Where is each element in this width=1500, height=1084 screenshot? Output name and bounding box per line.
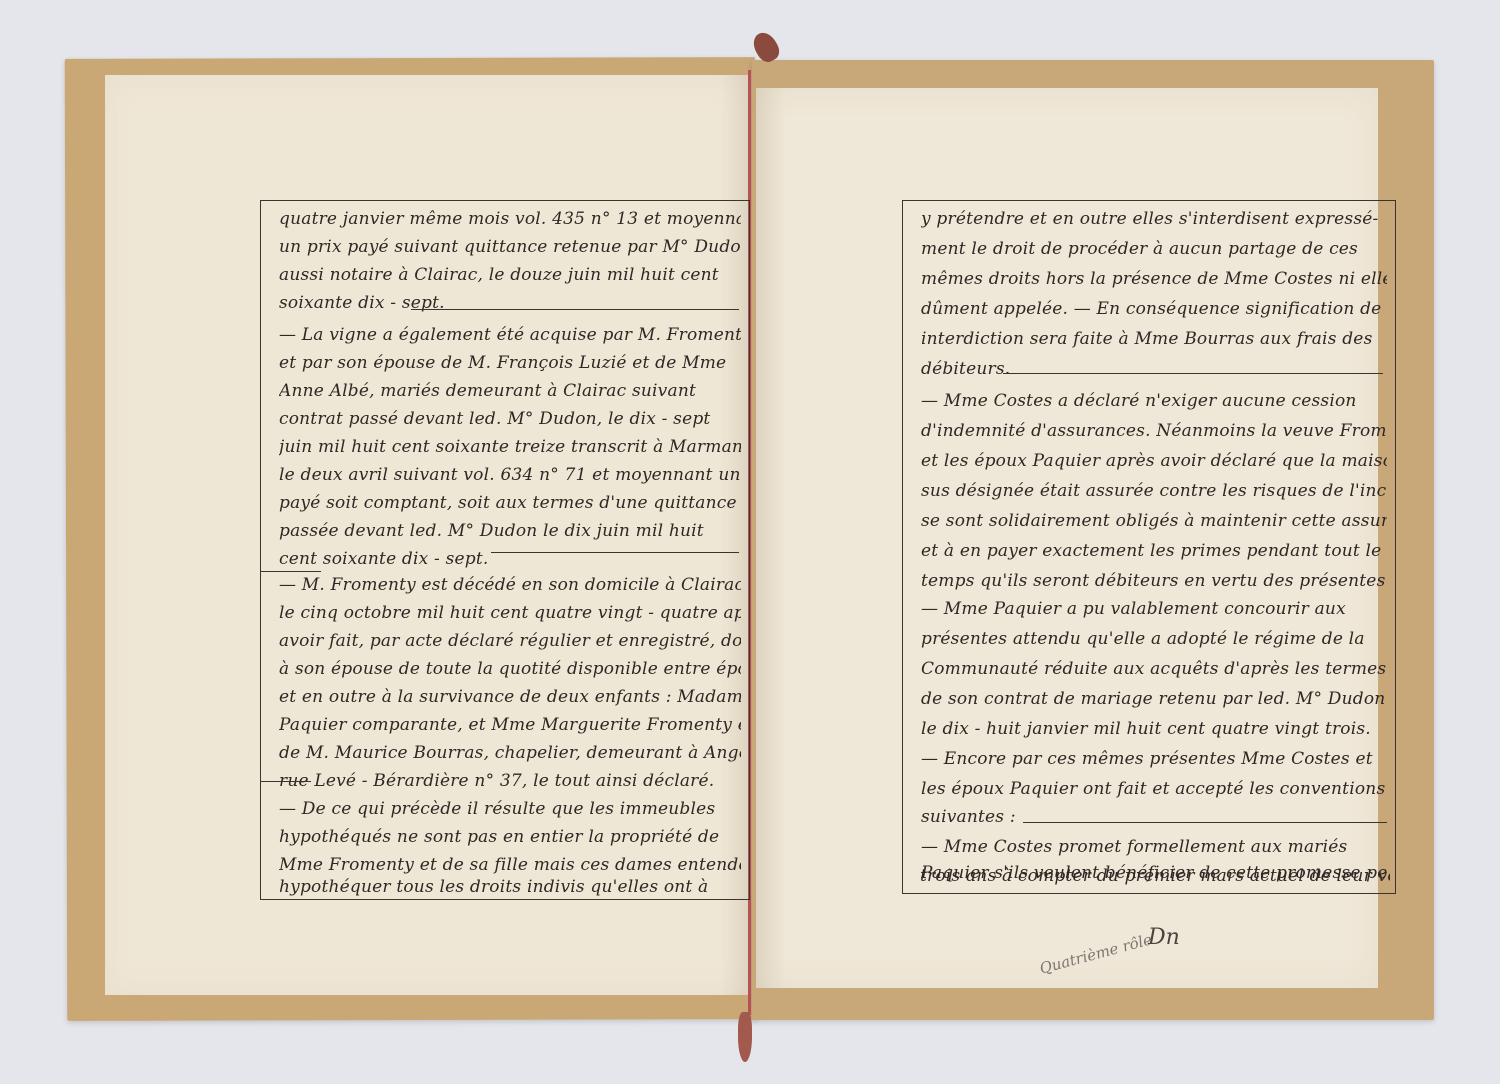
text-line: avoir fait, par acte déclaré régulier et… bbox=[279, 631, 741, 651]
text-line: Mme Fromenty et de sa fille mais ces dam… bbox=[279, 855, 741, 875]
text-line: Anne Albé, mariés demeurant à Clairac su… bbox=[279, 381, 741, 401]
thread-tassel-bottom bbox=[738, 1012, 752, 1062]
text-line: interdiction sera faite à Mme Bourras au… bbox=[921, 329, 1387, 349]
text-line: payé soit comptant, soit aux termes d'un… bbox=[279, 493, 741, 513]
margin-rule bbox=[261, 781, 311, 782]
text-line: dûment appelée. — En conséquence signifi… bbox=[921, 299, 1387, 319]
text-line: un prix payé suivant quittance retenue p… bbox=[279, 237, 741, 257]
text-line: passée devant led. M° Dudon le dix juin … bbox=[279, 521, 741, 541]
text-line: — Mme Costes promet formellement aux mar… bbox=[921, 837, 1387, 857]
text-line: — Encore par ces mêmes présentes Mme Cos… bbox=[921, 749, 1387, 769]
text-line: — Mme Costes a déclaré n'exiger aucune c… bbox=[921, 391, 1387, 411]
text-line: et à en payer exactement les primes pend… bbox=[921, 541, 1387, 561]
text-line: soixante dix - sept. bbox=[279, 293, 741, 313]
text-line: rue Levé - Bérardière n° 37, le tout ain… bbox=[279, 771, 741, 791]
text-line: quatre janvier même mois vol. 435 n° 13 … bbox=[279, 209, 741, 229]
text-line: débiteurs. bbox=[921, 359, 1387, 379]
initials-signature: Dn bbox=[1148, 925, 1180, 950]
text-line: juin mil huit cent soixante treize trans… bbox=[279, 437, 741, 457]
text-line: le cinq octobre mil huit cent quatre vin… bbox=[279, 603, 741, 623]
margin-rule bbox=[261, 571, 321, 572]
text-line: le dix - huit janvier mil huit cent quat… bbox=[921, 719, 1387, 739]
divider-rule bbox=[411, 309, 739, 310]
text-line: contrat passé devant led. M° Dudon, le d… bbox=[279, 409, 741, 429]
text-line: mêmes droits hors la présence de Mme Cos… bbox=[921, 269, 1387, 289]
text-line: les époux Paquier ont fait et accepté le… bbox=[921, 779, 1387, 799]
text-line: le deux avril suivant vol. 634 n° 71 et … bbox=[279, 465, 741, 485]
divider-rule bbox=[491, 552, 739, 553]
text-line: hypothéquer tous les droits indivis qu'e… bbox=[279, 877, 741, 897]
text-line: se sont solidairement obligés à mainteni… bbox=[921, 511, 1387, 531]
text-line: et par son épouse de M. François Luzié e… bbox=[279, 353, 741, 373]
text-line: trois ans à compter du premier mars actu… bbox=[920, 866, 1390, 886]
text-line: hypothéqués ne sont pas en entier la pro… bbox=[279, 827, 741, 847]
text-line: — Mme Paquier a pu valablement concourir… bbox=[921, 599, 1387, 619]
text-line: Paquier comparante, et Mme Marguerite Fr… bbox=[279, 715, 741, 735]
text-line: suivantes : bbox=[921, 807, 1387, 827]
text-line: — La vigne a également été acquise par M… bbox=[279, 325, 741, 345]
text-line: temps qu'ils seront débiteurs en vertu d… bbox=[921, 571, 1387, 591]
text-line: aussi notaire à Clairac, le douze juin m… bbox=[279, 265, 741, 285]
text-line: sus désignée était assurée contre les ri… bbox=[921, 481, 1387, 501]
text-line: — De ce qui précède il résulte que les i… bbox=[279, 799, 741, 819]
text-line: à son épouse de toute la quotité disponi… bbox=[279, 659, 741, 679]
text-line: de M. Maurice Bourras, chapelier, demeur… bbox=[279, 743, 741, 763]
text-line: y prétendre et en outre elles s'interdis… bbox=[921, 209, 1387, 229]
divider-rule bbox=[1003, 373, 1383, 374]
text-line: et les époux Paquier après avoir déclaré… bbox=[921, 451, 1387, 471]
left-text-frame: quatre janvier même mois vol. 435 n° 13 … bbox=[260, 200, 750, 900]
right-text-frame: y prétendre et en outre elles s'interdis… bbox=[902, 200, 1396, 894]
text-line: présentes attendu qu'elle a adopté le ré… bbox=[921, 629, 1387, 649]
text-line: Communauté réduite aux acquêts d'après l… bbox=[921, 659, 1387, 679]
text-line: de son contrat de mariage retenu par led… bbox=[921, 689, 1387, 709]
divider-rule bbox=[1023, 822, 1387, 823]
text-line: et en outre à la survivance de deux enfa… bbox=[279, 687, 741, 707]
text-line: — M. Fromenty est décédé en son domicile… bbox=[279, 575, 741, 595]
text-line: ment le droit de procéder à aucun partag… bbox=[921, 239, 1387, 259]
text-line: d'indemnité d'assurances. Néanmoins la v… bbox=[921, 421, 1387, 441]
